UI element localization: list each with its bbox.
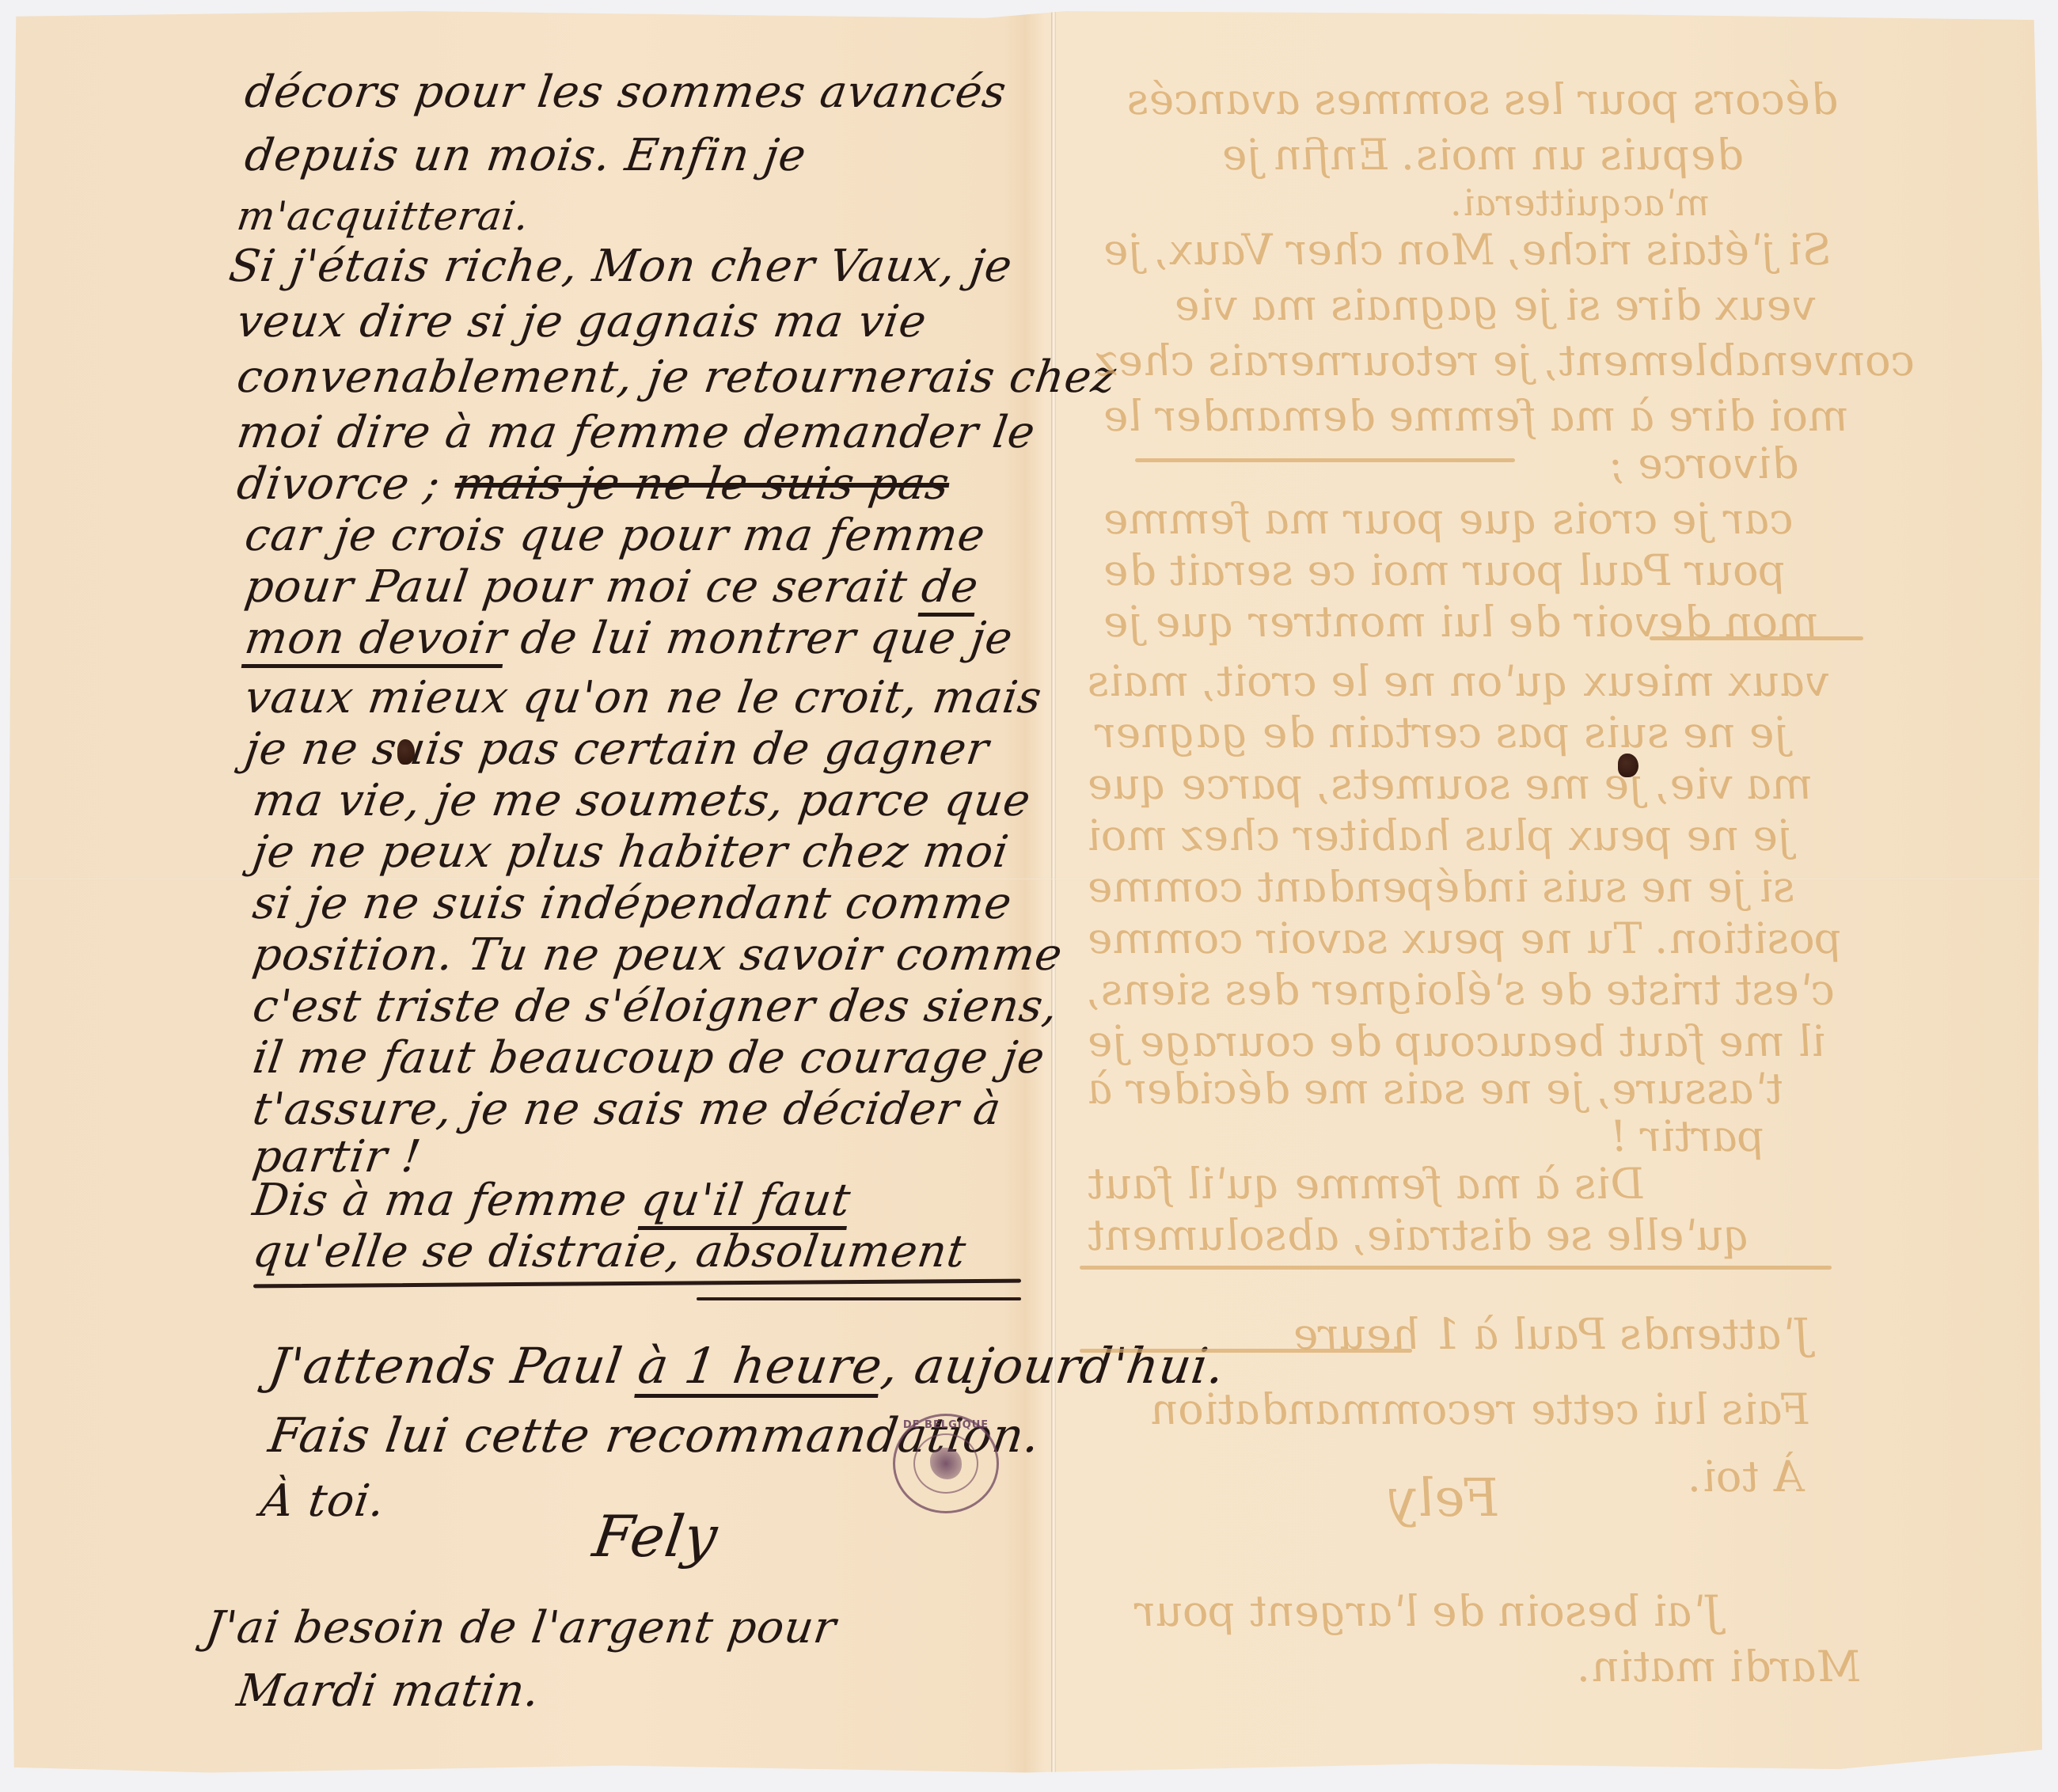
letter-line: divorce ; mais je ne le suis pas — [234, 458, 952, 510]
text-segment: J'attends Paul — [265, 1337, 626, 1395]
letter-line: il me faut beaucoup de courage je — [249, 1032, 1048, 1084]
underlined-text: de — [918, 561, 982, 613]
text-segment: de lui montrer que je — [518, 613, 1016, 664]
letter-line: Si j'étais riche, Mon cher Vaux, je — [226, 241, 1016, 292]
offset-line: je ne suis pas certain de gagner — [1092, 708, 1792, 757]
underline-rule — [697, 1297, 1021, 1300]
offset-line: car je crois que pour ma femme — [1100, 494, 1798, 544]
letter-line: Dis à ma femme qu'il faut — [249, 1175, 854, 1226]
offset-line: Si j'étais riche, Mon cher Vaux, je — [1100, 225, 1835, 275]
right-page-offset: décors pour les sommes avancés depuis un… — [1056, 11, 2042, 1776]
ink-blot — [397, 739, 415, 765]
signature: Fely — [589, 1503, 722, 1570]
offset-line: ma vie, je me soumets, parce que — [1084, 759, 1817, 809]
offset-line: partir ! — [1607, 1111, 1769, 1161]
offset-line: décors pour les sommes avancés — [1124, 74, 1842, 124]
offset-underline — [1080, 1349, 1412, 1353]
letter-line: je ne suis pas certain de gagner — [241, 723, 992, 775]
stamp-inner-ring — [913, 1433, 978, 1494]
offset-line: moi dire à ma femme demander le — [1100, 391, 1853, 441]
letter-line: c'est triste de s'éloigner des siens, — [249, 981, 1061, 1032]
letter-line: veux dire si je gagnais ma vie — [234, 296, 930, 347]
offset-line: depuis un mois. Enfin je — [1219, 130, 1747, 180]
offset-line: J'ai besoin de l'argent pour — [1132, 1586, 1726, 1636]
letter-line: qu'elle se distraie, absolument — [249, 1226, 969, 1278]
library-stamp: DE BELGIQUE — [893, 1414, 999, 1513]
offset-strike — [1135, 458, 1515, 462]
offset-line: pour Paul pour moi ce serait de — [1100, 545, 1790, 595]
ink-blot — [1618, 754, 1638, 777]
offset-line: m'acquitterai. — [1449, 181, 1713, 224]
lion-emblem-icon — [930, 1448, 962, 1479]
offset-underline — [1650, 636, 1863, 640]
offset-line: À toi. — [1686, 1452, 1808, 1502]
offset-line: Fais lui cette recommandation — [1148, 1384, 1813, 1434]
letter-line: vaux mieux qu'on ne le croit, mais — [241, 672, 1045, 723]
offset-line: il me faut beaucoup de courage je — [1084, 1016, 1829, 1066]
letter-line: pour Paul pour moi ce serait de — [241, 561, 982, 613]
letter-line: m'acquitterai. — [234, 193, 533, 239]
text-segment: Dis à ma femme — [249, 1175, 630, 1226]
letter-line: J'ai besoin de l'argent pour — [202, 1602, 839, 1653]
letter-line: Mardi matin. — [234, 1665, 543, 1717]
letter-line: si je ne suis indépendant comme — [249, 878, 1015, 929]
offset-underline — [1080, 1266, 1832, 1270]
stamp-text: DE BELGIQUE — [895, 1419, 997, 1431]
letter-line: ma vie, je me soumets, parce que — [249, 775, 1034, 826]
underlined-text: mon devoir — [241, 613, 510, 664]
offset-line: convenablement, je retournerais chez — [1092, 336, 1919, 385]
underlined-text: qu'elle se distraie, absolument — [249, 1226, 969, 1278]
struck-text: mais je ne le suis pas — [451, 458, 952, 510]
text-segment: pour Paul pour moi ce serait — [241, 561, 910, 613]
offset-line: c'est triste de s'éloigner des siens, — [1084, 965, 1839, 1015]
offset-line: vaux mieux qu'on ne le croit, mais — [1084, 656, 1833, 706]
letter-line: À toi. — [257, 1475, 388, 1527]
underlined-text: à 1 heure — [635, 1337, 887, 1395]
offset-line: qu'elle se distraie, absolument — [1084, 1210, 1755, 1260]
offset-line: je ne peux plus habiter chez moi — [1084, 811, 1795, 860]
letter-line: décors pour les sommes avancés — [241, 66, 1009, 118]
letter-line: moi dire à ma femme demander le — [234, 407, 1038, 458]
letter-line: depuis un mois. Enfin je — [241, 130, 809, 181]
offset-line: divorce ; — [1607, 439, 1802, 488]
offset-line: t'assure, je ne sais me décider à — [1084, 1064, 1787, 1114]
letter-line: position. Tu ne peux savoir comme — [249, 929, 1065, 981]
text-segment: divorce ; — [234, 458, 443, 510]
letter-line: je ne peux plus habiter chez moi — [249, 826, 1012, 878]
offset-line: Mardi matin. — [1575, 1642, 1864, 1691]
offset-line: position. Tu ne peux savoir comme — [1084, 913, 1847, 963]
offset-signature: Fely — [1384, 1467, 1503, 1528]
offset-line: si je ne suis indépendant comme — [1084, 862, 1799, 912]
letter-line: convenablement, je retournerais chez — [234, 351, 1119, 403]
letter-line: t'assure, je ne sais me décider à — [249, 1084, 1004, 1135]
offset-line: Dis à ma femme qu'il faut — [1084, 1159, 1648, 1209]
letter-line: car je crois que pour ma femme — [241, 510, 989, 561]
underline-rule — [253, 1279, 1021, 1289]
letter-line: mon devoir de lui montrer que je — [241, 613, 1016, 664]
letter-sheet: décors pour les sommes avancés depuis un… — [8, 11, 2042, 1776]
underlined-text: qu'il faut — [638, 1175, 854, 1226]
offset-line: veux dire si je gagnais ma vie — [1171, 280, 1820, 330]
left-page: décors pour les sommes avancés depuis un… — [8, 11, 1051, 1776]
